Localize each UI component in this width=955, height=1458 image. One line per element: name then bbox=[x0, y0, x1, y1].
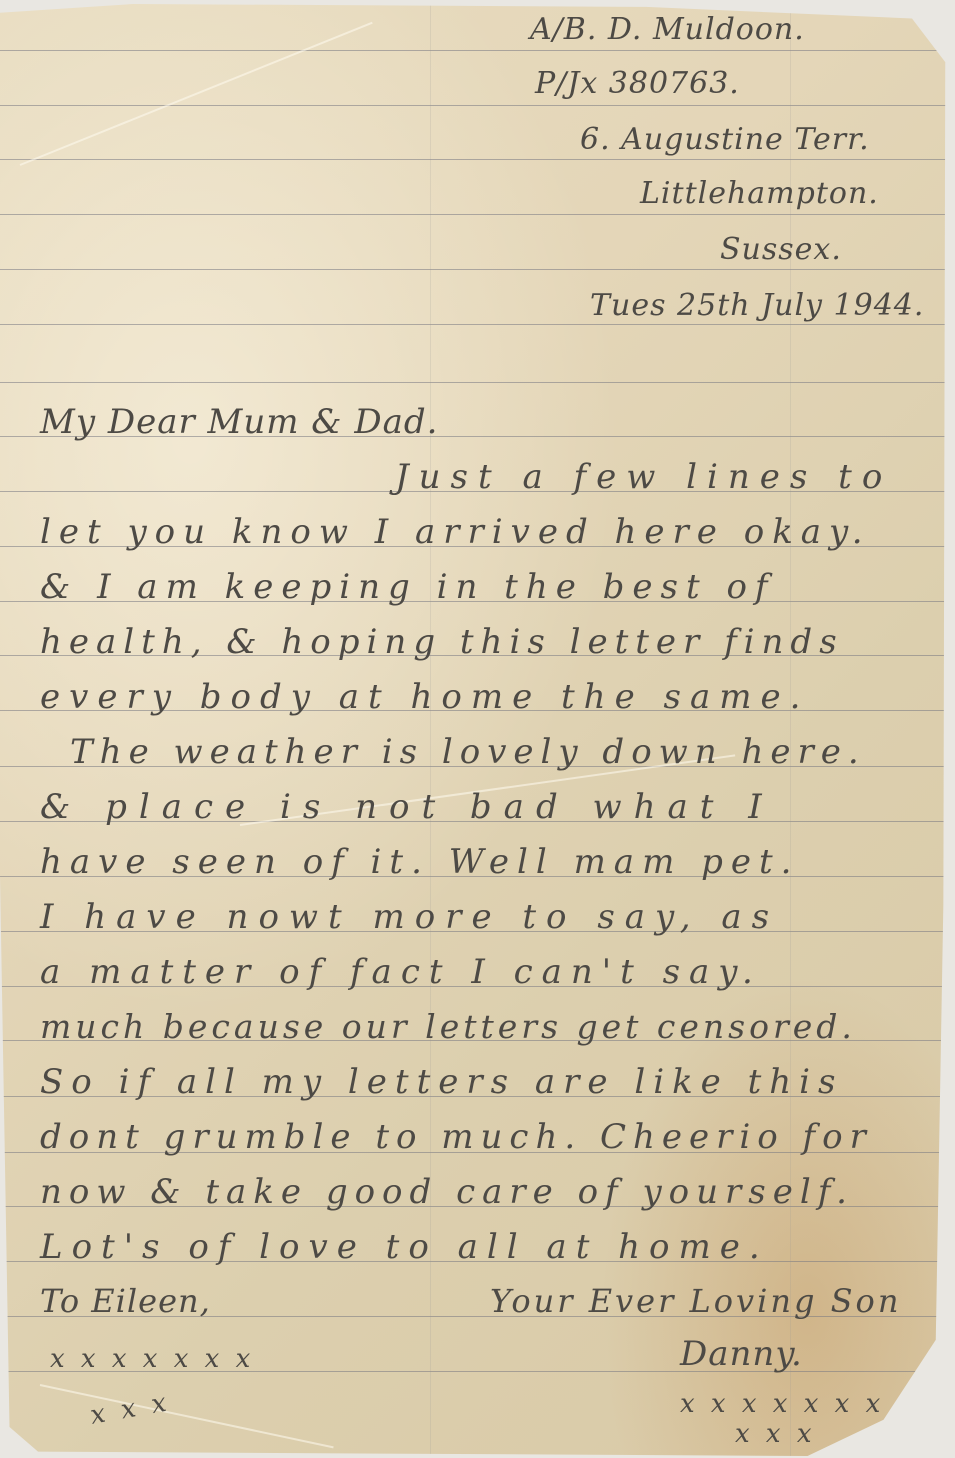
ruled-line bbox=[0, 50, 950, 51]
body-line: dont grumble to much. Cheerio for bbox=[40, 1117, 873, 1157]
paper-crease bbox=[40, 1384, 334, 1448]
signature: Danny. bbox=[680, 1334, 803, 1374]
body-line: So if all my letters are like this bbox=[40, 1062, 843, 1102]
body-line: & place is not bad what I bbox=[40, 787, 774, 827]
address-county: Sussex. bbox=[720, 232, 842, 267]
kisses-left-row-1: x x x x x x x bbox=[50, 1344, 254, 1374]
body-line: health, & hoping this letter finds bbox=[40, 622, 844, 662]
body-line: The weather is lovely down here. bbox=[70, 732, 866, 772]
body-line: Just a few lines to bbox=[395, 457, 892, 497]
service-number: P/Jx 380763. bbox=[535, 66, 740, 101]
fold-line bbox=[790, 4, 791, 1456]
body-line: much because our letters get censored. bbox=[40, 1007, 856, 1046]
letter-sheet: A/B. D. Muldoon. P/Jx 380763. 6. Augusti… bbox=[0, 4, 950, 1456]
body-line: Lot's of love to all at home. bbox=[40, 1227, 769, 1267]
kisses-left-row-2: x x x bbox=[88, 1387, 173, 1431]
body-line: now & take good care of yourself. bbox=[40, 1172, 854, 1212]
body-line: I have nowt more to say, as bbox=[40, 897, 779, 937]
ruled-line bbox=[0, 105, 950, 106]
letter-date: Tues 25th July 1944. bbox=[590, 288, 924, 323]
ruled-line bbox=[0, 324, 950, 325]
address-town: Littlehampton. bbox=[640, 176, 879, 211]
body-line: & I am keeping in the best of bbox=[40, 567, 776, 607]
ruled-line bbox=[0, 214, 950, 215]
closing: Your Ever Loving Son bbox=[490, 1282, 901, 1320]
body-line: a matter of fact I can't say. bbox=[40, 952, 762, 992]
ruled-line bbox=[0, 382, 950, 383]
body-line: let you know I arrived here okay. bbox=[40, 512, 871, 552]
address-street: 6. Augustine Terr. bbox=[580, 122, 870, 157]
paper-crease bbox=[20, 22, 373, 166]
postscript: To Eileen, bbox=[40, 1282, 211, 1320]
kisses-right-row-2: x x x bbox=[735, 1419, 816, 1449]
body-line: every body at home the same. bbox=[40, 677, 809, 717]
body-line: have seen of it. Well mam pet. bbox=[40, 842, 799, 882]
salutation: My Dear Mum & Dad. bbox=[40, 402, 438, 442]
ruled-line bbox=[0, 159, 950, 160]
sender-name: A/B. D. Muldoon. bbox=[530, 12, 805, 47]
ruled-line bbox=[0, 269, 950, 270]
kisses-right-row-1: x x x x x x x bbox=[680, 1389, 884, 1419]
